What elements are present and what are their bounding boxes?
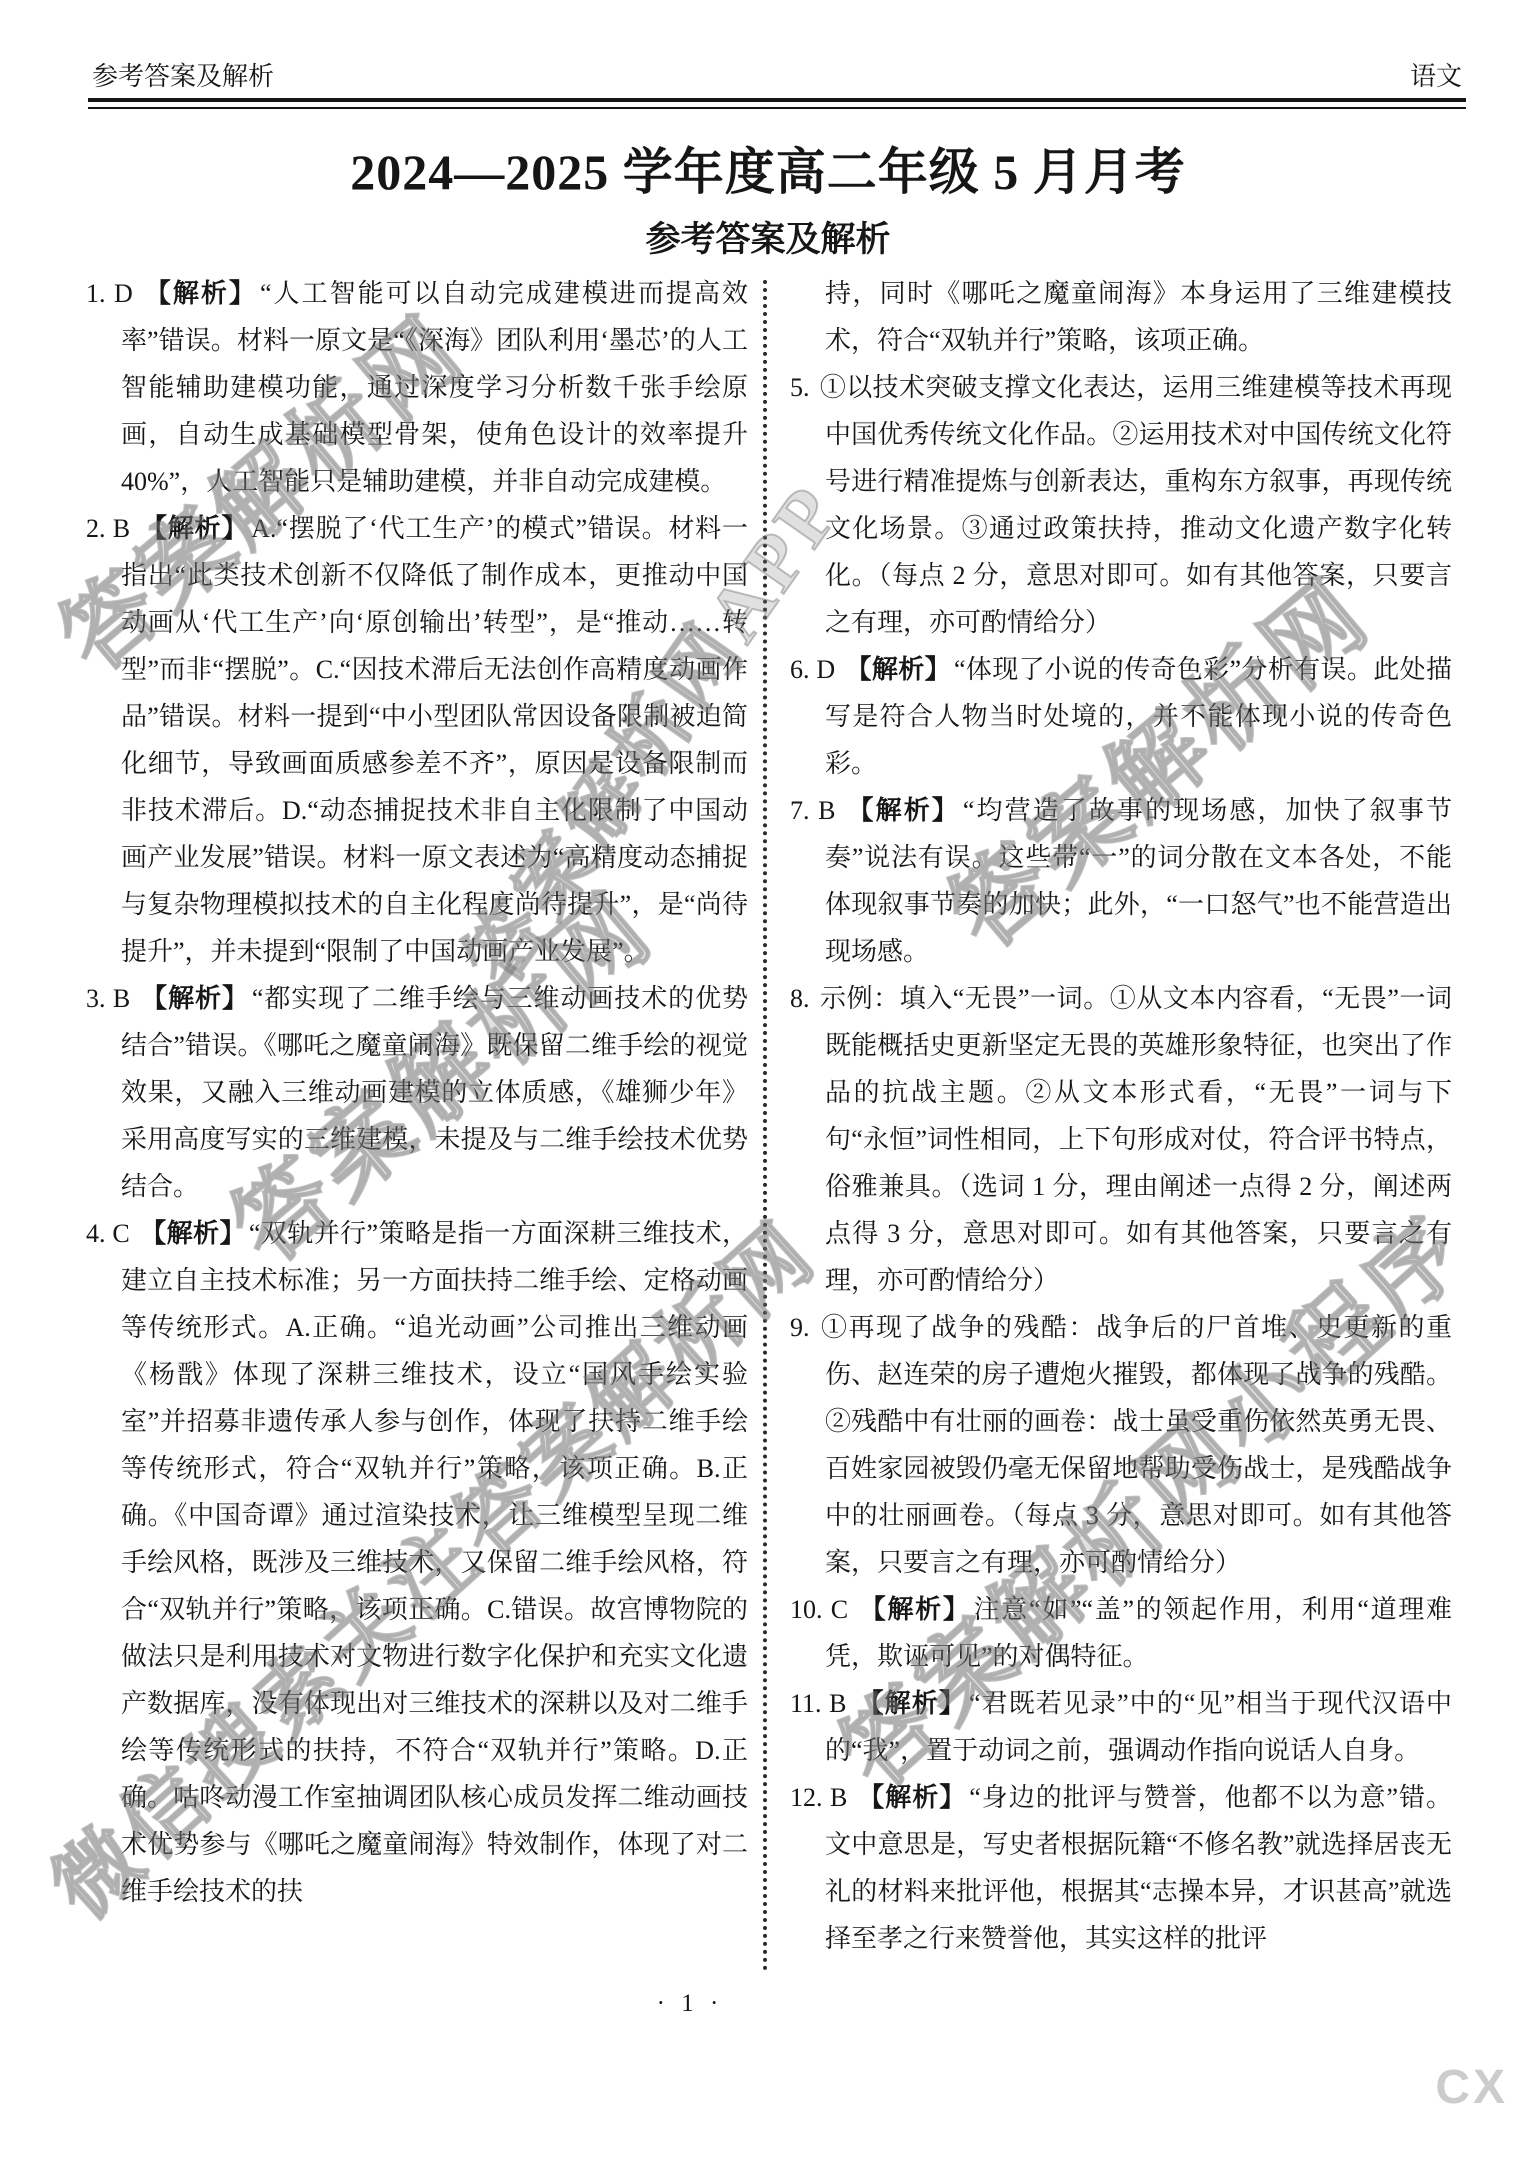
answer-item: 4. C【解析】“双轨并行”策略是指一方面深耕三维技术，建立自主技术标准；另一方…	[86, 1210, 748, 1915]
answer-text: A.“摆脱了‘代工生产’的模式”错误。材料一指出“此类技术创新不仅降低了制作成本…	[121, 514, 748, 966]
answer-item: 7. B【解析】“均营造了故事的现场感，加快了叙事节奏”说法有误。这些带“一”的…	[790, 787, 1452, 975]
header-left-label: 参考答案及解析	[92, 56, 274, 93]
answer-text: ①以技术突破支撑文化表达，运用三维建模等技术再现中国优秀传统文化作品。②运用技术…	[820, 373, 1453, 637]
answer-item: 8.示例：填入“无畏”一词。①从文本内容看，“无畏”一词既能概括史更新坚定无畏的…	[790, 975, 1452, 1304]
answer-item: 12. B【解析】“身边的批评与赞誉，他都不以为意”错。文中意思是，写史者根据阮…	[790, 1774, 1452, 1962]
answer-number-label: 1. D	[86, 279, 133, 308]
corner-mark: CX	[1435, 2060, 1508, 2115]
analysis-tag: 【解析】	[845, 796, 959, 825]
answer-number-label: 9.	[790, 1313, 810, 1342]
answer-number-label: 6. D	[790, 655, 835, 684]
header-subject-label: 语文	[1410, 56, 1462, 93]
answer-item: 6. D【解析】“体现了小说的传奇色彩”分析有误。此处描写是符合人物当时处境的，…	[790, 646, 1452, 787]
answer-text: “都实现了二维手绘与三维动画技术的优势结合”错误。《哪吒之魔童闹海》既保留二维手…	[121, 984, 748, 1201]
answer-number-label: 7. B	[790, 796, 835, 825]
answer-number-label: 10. C	[790, 1595, 848, 1624]
answer-item: 3. B【解析】“都实现了二维手绘与三维动画技术的优势结合”错误。《哪吒之魔童闹…	[86, 975, 748, 1210]
answer-number-label: 8.	[790, 984, 810, 1013]
answer-number-label: 3. B	[86, 984, 130, 1013]
answer-number-label: 12. B	[790, 1783, 847, 1812]
answers-column-right: 持，同时《哪吒之魔童闹海》本身运用了三维建模技术，符合“双轨并行”策略，该项正确…	[790, 270, 1452, 1962]
answer-item: 10. C【解析】注意“如”“盖”的领起作用，利用“道理难凭，欺诬可见”的对偶特…	[790, 1586, 1452, 1680]
analysis-tag: 【解析】	[857, 1783, 966, 1812]
answer-item: 1. D【解析】“人工智能可以自动完成建模进而提高效率”错误。材料一原文是“《深…	[86, 270, 748, 505]
exam-answer-page: 参考答案及解析 语文 2024—2025 学年度高二年级 5 月月考 参考答案及…	[0, 0, 1536, 2162]
analysis-tag: 【解析】	[858, 1595, 971, 1624]
answer-text: 持，同时《哪吒之魔童闹海》本身运用了三维建模技术，符合“双轨并行”策略，该项正确…	[825, 279, 1452, 355]
analysis-tag: 【解析】	[140, 1219, 246, 1248]
answer-item: 2. B【解析】A.“摆脱了‘代工生产’的模式”错误。材料一指出“此类技术创新不…	[86, 505, 748, 975]
column-divider	[763, 280, 767, 1972]
analysis-tag: 【解析】	[856, 1689, 966, 1718]
header-double-rule	[88, 98, 1466, 109]
answer-item: 11. B【解析】“君既若见录”中的“见”相当于现代汉语中的“我”，置于动词之前…	[790, 1680, 1452, 1774]
analysis-tag: 【解析】	[140, 514, 248, 543]
answer-number-label: 11. B	[790, 1689, 846, 1718]
answers-column-left: 1. D【解析】“人工智能可以自动完成建模进而提高效率”错误。材料一原文是“《深…	[86, 270, 748, 1915]
answer-text: “人工智能可以自动完成建模进而提高效率”错误。材料一原文是“《深海》团队利用‘墨…	[121, 279, 748, 496]
page-title: 2024—2025 学年度高二年级 5 月月考	[0, 132, 1536, 204]
answer-number-label: 4. C	[86, 1219, 130, 1248]
page-number: · 1 ·	[0, 1990, 1380, 2018]
analysis-tag: 【解析】	[845, 655, 951, 684]
page-subtitle: 参考答案及解析	[0, 212, 1536, 262]
answer-item: 5.①以技术突破支撑文化表达，运用三维建模等技术再现中国优秀传统文化作品。②运用…	[790, 364, 1452, 646]
answer-item: 9.①再现了战争的残酷：战争后的尸首堆、史更新的重伤、赵连荣的房子遭炮火摧毁，都…	[790, 1304, 1452, 1586]
answer-text: 示例：填入“无畏”一词。①从文本内容看，“无畏”一词既能概括史更新坚定无畏的英雄…	[820, 984, 1453, 1295]
answer-item: 持，同时《哪吒之魔童闹海》本身运用了三维建模技术，符合“双轨并行”策略，该项正确…	[790, 270, 1452, 364]
analysis-tag: 【解析】	[143, 279, 257, 308]
answer-number-label: 5.	[790, 373, 810, 402]
page-header: 参考答案及解析 语文	[92, 56, 1462, 93]
answer-text: “双轨并行”策略是指一方面深耕三维技术，建立自主技术标准；另一方面扶持二维手绘、…	[121, 1219, 748, 1906]
analysis-tag: 【解析】	[140, 984, 249, 1013]
answer-text: ①再现了战争的残酷：战争后的尸首堆、史更新的重伤、赵连荣的房子遭炮火摧毁，都体现…	[820, 1313, 1453, 1577]
answer-number-label: 2. B	[86, 514, 130, 543]
